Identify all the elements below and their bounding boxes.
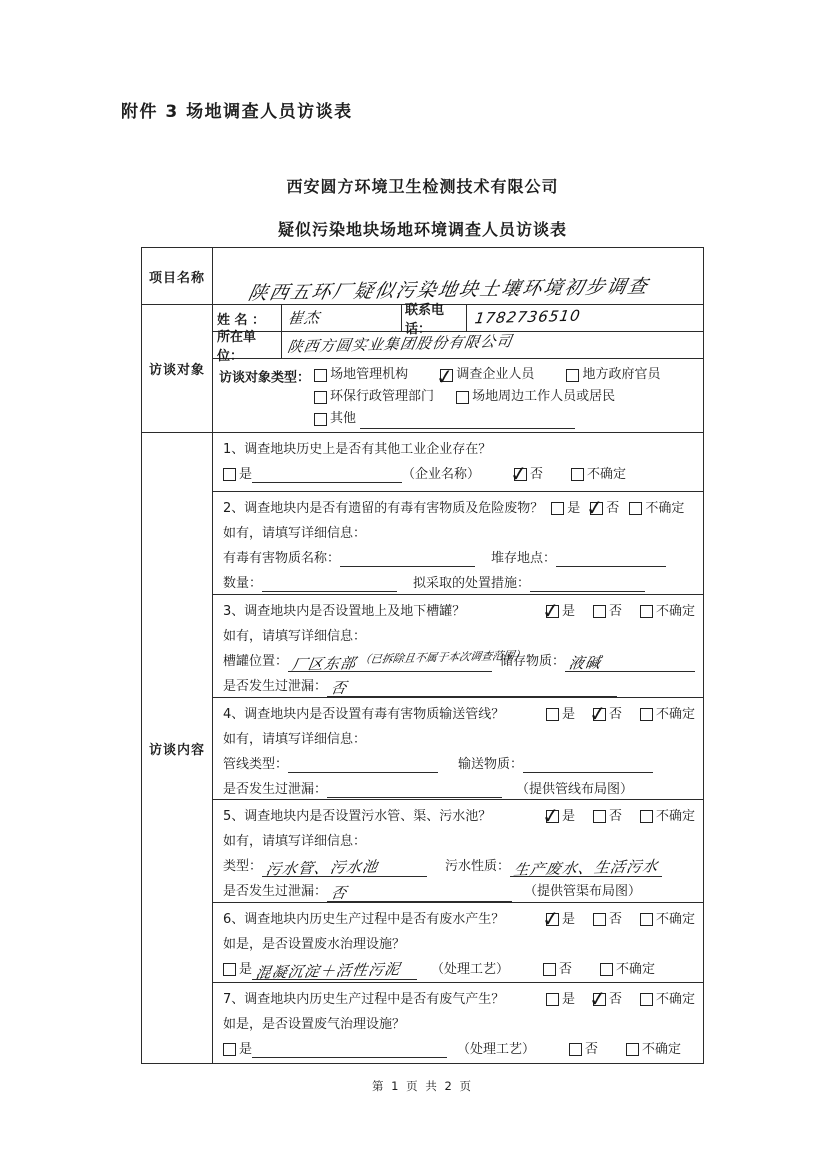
q3-tank-location-note: （已拆除且不属于本次调查范围） (359, 649, 526, 664)
question-1: 1、调查地块历史上是否有其他工业企业存在？ 是 （企业名称） 否 (213, 433, 703, 492)
q4-option-unsure[interactable]: 不确定 (640, 702, 695, 727)
q4-transport-blank[interactable] (523, 757, 653, 773)
q2-substance-label: 有毒有害物质名称： (223, 546, 340, 571)
interviewee-section-label: 访谈对象 (142, 305, 213, 432)
q7-title: 7、调查地块内历史生产过程中是否有废气产生？ (223, 987, 504, 1012)
q3-storage-field[interactable]: 液碱 (565, 652, 695, 672)
q6-treat-option-unsure[interactable]: 不确定 (600, 957, 655, 982)
q4-leak-label: 是否发生过泄漏： (223, 777, 327, 802)
project-name-value[interactable]: 陕西五环厂疑似污染地块土壤环境初步调查 (246, 278, 650, 304)
q7-option-yes[interactable]: 是 (546, 987, 575, 1012)
question-3: 3、调查地块内是否设置地上及地下槽罐？ 是 否 不确定 (213, 595, 703, 698)
type-label: 访谈对象类型： (219, 371, 310, 386)
other-blank-line[interactable] (360, 413, 575, 429)
scanned-form-page: 附件 3 场地调查人员访谈表 西安圆方环境卫生检测技术有限公司 疑似污染地块场地… (0, 0, 827, 1169)
project-name-row: 项目名称 陕西五环厂疑似污染地块土壤环境初步调查 (142, 248, 703, 305)
interviewee-type-area: 访谈对象类型： 场地管理机构 调查企业人员 地方政府官员 (213, 359, 703, 432)
content-section-label: 访谈内容 (142, 433, 213, 1063)
q2-measure-blank[interactable] (530, 576, 645, 592)
q2-checkbox-unsure[interactable] (629, 502, 642, 515)
q1-option-unsure[interactable]: 不确定 (571, 462, 626, 487)
q7-treat-option-unsure[interactable]: 不确定 (626, 1037, 681, 1062)
q6-treat-option-yes[interactable]: 是 (223, 957, 252, 982)
q7-checkbox-yes[interactable] (546, 993, 559, 1006)
q3-option-unsure[interactable]: 不确定 (640, 599, 695, 624)
question-4: 4、调查地块内是否设置有毒有害物质输送管线？ 是 否 不确定 (213, 698, 703, 800)
q3-option-yes[interactable]: 是 (546, 599, 575, 624)
interviewee-row: 访谈对象 姓 名 ： 崔杰 联系电话： 1782736510 所在单位： 陕西方… (142, 305, 703, 433)
q4-map-note: （提供管线布局图） (516, 777, 633, 802)
form-headers: 西安圆方环境卫生检测技术有限公司 疑似污染地块场地环境调查人员访谈表 (141, 174, 704, 240)
q6-option-yes[interactable]: 是 (546, 907, 575, 932)
q4-leak-blank[interactable] (327, 782, 502, 798)
q3-leak-field[interactable]: 否 (327, 677, 617, 697)
q7-treat-checkbox-no[interactable] (569, 1043, 582, 1056)
q5-type-field[interactable]: 污水管、污水池 (262, 857, 427, 877)
q3-storage-value: 液碱 (568, 655, 602, 671)
q5-option-no[interactable]: 否 (593, 804, 622, 829)
q5-nature-value: 生产废水、生活污水 (513, 859, 660, 878)
q2-checkbox-yes[interactable] (551, 502, 564, 515)
q4-detail-prompt: 如有，请填写详细信息： (223, 727, 695, 752)
q2-location-label: 堆存地点： (491, 546, 556, 571)
q3-tank-location-label: 槽罐位置： (223, 649, 288, 674)
q5-option-yes[interactable]: 是 (546, 804, 575, 829)
q3-leak-value: 否 (330, 680, 348, 695)
type-option-local-official[interactable]: 地方政府官员 (566, 364, 660, 386)
q5-option-unsure[interactable]: 不确定 (640, 804, 695, 829)
unit-label: 所在单位： (213, 332, 282, 358)
q1-option-yes[interactable]: 是 (223, 462, 252, 487)
q1-checkbox-unsure[interactable] (571, 468, 584, 481)
q4-pipeline-type-blank[interactable] (288, 757, 438, 773)
type-option-site-manager[interactable]: 场地管理机构 (314, 364, 408, 386)
q6-title: 6、调查地块内历史生产过程中是否有废水产生？ (223, 907, 504, 932)
q3-leak-label: 是否发生过泄漏： (223, 674, 327, 699)
q5-leak-label: 是否发生过泄漏： (223, 879, 327, 904)
q7-process-blank[interactable] (252, 1042, 447, 1058)
type-option-other[interactable]: 其他 (314, 408, 356, 430)
q1-checkbox-yes[interactable] (223, 468, 236, 481)
q4-checkbox-unsure[interactable] (640, 708, 653, 721)
q5-title: 5、调查地块内是否设置污水管、渠、污水池？ (223, 804, 491, 829)
q2-option-unsure[interactable]: 不确定 (629, 496, 684, 521)
q2-detail-prompt: 如有，请填写详细信息： (223, 521, 695, 546)
q7-checkbox-unsure[interactable] (640, 993, 653, 1006)
q1-checkbox-no[interactable] (514, 468, 527, 481)
q5-nature-field[interactable]: 生产废水、生活污水 (510, 857, 662, 877)
q4-option-no[interactable]: 否 (593, 702, 622, 727)
q4-checkbox-no[interactable] (593, 708, 606, 721)
q5-leak-field[interactable]: 否 (327, 882, 512, 902)
q7-checkbox-no[interactable] (593, 993, 606, 1006)
q2-quantity-blank[interactable] (262, 576, 397, 592)
q6-process-value: 混凝沉淀＋活性污泥 (255, 962, 402, 981)
checkbox-nearby-resident[interactable] (456, 391, 469, 404)
company-header: 西安圆方环境卫生检测技术有限公司 (141, 174, 704, 197)
q4-title: 4、调查地块内是否设置有毒有害物质输送管线？ (223, 702, 504, 727)
q5-checkbox-no[interactable] (593, 810, 606, 823)
name-field[interactable]: 崔杰 (282, 305, 402, 331)
interview-form-table: 项目名称 陕西五环厂疑似污染地块土壤环境初步调查 访谈对象 姓 名 ： 崔杰 联… (141, 247, 704, 1064)
q3-checkbox-no[interactable] (593, 605, 606, 618)
q3-checkbox-yes[interactable] (546, 605, 559, 618)
q2-location-blank[interactable] (556, 551, 666, 567)
q3-tank-location-value: 厂区东部 (291, 656, 358, 673)
q1-title: 1、调查地块历史上是否有其他工业企业存在？ (223, 437, 695, 462)
q5-leak-value: 否 (330, 885, 348, 900)
question-5: 5、调查地块内是否设置污水管、渠、污水池？ 是 否 不确定 (213, 800, 703, 903)
unit-row: 所在单位： 陕西方圆实业集团股份有限公司 (213, 332, 703, 359)
q5-map-note: （提供管渠布局图） (524, 879, 641, 904)
phone-value: 1782736510 (474, 309, 582, 327)
q3-detail-prompt: 如有，请填写详细信息： (223, 624, 695, 649)
type-option-survey-company[interactable]: 调查企业人员 (440, 364, 534, 386)
q5-checkbox-unsure[interactable] (640, 810, 653, 823)
q5-checkbox-yes[interactable] (546, 810, 559, 823)
q6-checkbox-unsure[interactable] (640, 913, 653, 926)
q6-treat-option-no[interactable]: 否 (543, 957, 572, 982)
q1-company-blank[interactable] (252, 467, 402, 483)
q2-option-no[interactable]: 否 (590, 496, 619, 521)
q2-option-yes[interactable]: 是 (551, 496, 580, 521)
q4-pipeline-type-label: 管线类型： (223, 752, 288, 777)
q4-transport-label: 输送物质： (458, 752, 523, 777)
checkbox-other[interactable] (314, 413, 327, 426)
q6-treat-checkbox-unsure[interactable] (600, 963, 613, 976)
q3-checkbox-unsure[interactable] (640, 605, 653, 618)
unit-value: 陕西方圆实业集团股份有限公司 (286, 334, 513, 355)
checkbox-survey-company[interactable] (440, 369, 453, 382)
q2-measure-label: 拟采取的处置措施： (413, 571, 530, 596)
question-2: 2、调查地块内是否有遗留的有毒有害物质及危险废物？ 是 否 不确定 (213, 492, 703, 595)
q2-substance-blank[interactable] (340, 551, 475, 567)
type-option-epa-dept[interactable]: 环保行政管理部门 (314, 386, 434, 408)
q5-type-label: 类型： (223, 854, 262, 879)
q6-checkbox-yes[interactable] (546, 913, 559, 926)
form-title: 疑似污染地块场地环境调查人员访谈表 (141, 217, 704, 240)
q7-process-note: （处理工艺） (457, 1037, 535, 1062)
question-7: 7、调查地块内历史生产过程中是否有废气产生？ 是 否 不确定 (213, 983, 703, 1063)
q2-checkbox-no[interactable] (590, 502, 603, 515)
q7-treat-option-yes[interactable]: 是 (223, 1037, 252, 1062)
q7-treat-checkbox-yes[interactable] (223, 1043, 236, 1056)
q5-type-value: 污水管、污水池 (265, 859, 380, 877)
q6-checkbox-no[interactable] (593, 913, 606, 926)
page-number-footer: 第 1 页 共 2 页 (141, 1078, 704, 1094)
q7-option-no[interactable]: 否 (593, 987, 622, 1012)
q7-treat-option-no[interactable]: 否 (569, 1037, 598, 1062)
q4-checkbox-yes[interactable] (546, 708, 559, 721)
q4-option-yes[interactable]: 是 (546, 702, 575, 727)
q6-sub-question: 如是，是否设置废水治理设施？ (223, 932, 695, 957)
q6-process-field[interactable]: 混凝沉淀＋活性污泥 (252, 960, 417, 980)
type-option-nearby-resident[interactable]: 场地周边工作人员或居民 (456, 386, 615, 408)
phone-field[interactable]: 1782736510 (467, 310, 703, 326)
q6-treat-checkbox-no[interactable] (543, 963, 556, 976)
attachment-title: 附件 3 场地调查人员访谈表 (121, 97, 353, 122)
checkbox-epa-dept[interactable] (314, 391, 327, 404)
q3-title: 3、调查地块内是否设置地上及地下槽罐？ (223, 599, 465, 624)
q7-option-unsure[interactable]: 不确定 (640, 987, 695, 1012)
q1-company-note: （企业名称） (402, 462, 480, 487)
name-value: 崔杰 (287, 310, 321, 326)
name-phone-row: 姓 名 ： 崔杰 联系电话： 1782736510 (213, 305, 703, 332)
q3-option-no[interactable]: 否 (593, 599, 622, 624)
project-name-label: 项目名称 (142, 248, 213, 304)
q3-tank-location-field[interactable]: 厂区东部 （已拆除且不属于本次调查范围） (288, 652, 492, 672)
unit-field[interactable]: 陕西方圆实业集团股份有限公司 (282, 337, 703, 353)
q5-detail-prompt: 如有，请填写详细信息： (223, 829, 695, 854)
q6-option-unsure[interactable]: 不确定 (640, 907, 695, 932)
q2-quantity-label: 数量： (223, 571, 262, 596)
question-6: 6、调查地块内历史生产过程中是否有废水产生？ 是 否 不确定 (213, 903, 703, 983)
q1-option-no[interactable]: 否 (514, 462, 543, 487)
q7-treat-checkbox-unsure[interactable] (626, 1043, 639, 1056)
checkbox-site-manager[interactable] (314, 369, 327, 382)
phone-label: 联系电话： (402, 305, 467, 331)
q6-treat-checkbox-yes[interactable] (223, 963, 236, 976)
content-row: 访谈内容 1、调查地块历史上是否有其他工业企业存在？ 是 （企业名称） (142, 433, 703, 1063)
q6-option-no[interactable]: 否 (593, 907, 622, 932)
q7-sub-question: 如是，是否设置废气治理设施？ (223, 1012, 695, 1037)
q2-title: 2、调查地块内是否有遗留的有毒有害物质及危险废物？ (223, 496, 543, 521)
q6-process-note: （处理工艺） (431, 957, 509, 982)
q5-nature-label: 污水性质： (445, 854, 510, 879)
checkbox-local-official[interactable] (566, 369, 579, 382)
